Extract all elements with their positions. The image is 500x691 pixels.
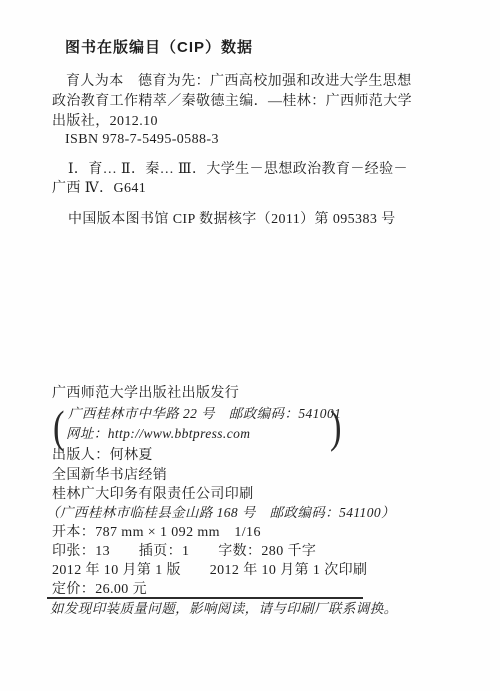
distributor-line: 全国新华书店经销	[52, 467, 167, 485]
publisher-person: 出版人：何林夏	[52, 447, 153, 465]
cip-description-line-1: 育人为本 德育为先：广西高校加强和改进大学生思想	[66, 73, 412, 91]
cip-description-line-3: 出版社，2012.10	[52, 113, 158, 131]
copyright-page: 图书在版编目（CIP）数据 育人为本 德育为先：广西高校加强和改进大学生思想 政…	[0, 0, 500, 691]
left-parenthesis-bracket: (	[53, 404, 64, 450]
price-line: 定价：26.00 元	[52, 581, 147, 599]
printing-sheets-line: 印张：13 插页：1 字数：280 千字	[52, 543, 316, 561]
cip-classification-line-2: 广西 Ⅳ．G641	[52, 180, 146, 198]
printer-address: （广西桂林市临桂县金山路 168 号 邮政编码：541100）	[46, 505, 395, 522]
right-parenthesis-bracket: )	[330, 404, 341, 450]
cip-registry-number: 中国版本图书馆 CIP 数据核字（2011）第 095383 号	[68, 211, 396, 229]
isbn-number: ISBN 978-7-5495-0588-3	[65, 131, 219, 149]
cip-description-line-2: 政治教育工作精萃／秦敬德主编．—桂林：广西师范大学	[52, 93, 412, 111]
printer-line: 桂林广大印务有限责任公司印刷	[52, 486, 254, 504]
publisher-line: 广西师范大学出版社出版发行	[52, 385, 239, 403]
book-format-line: 开本：787 mm × 1 092 mm 1/16	[52, 524, 261, 542]
quality-note: 如发现印装质量问题，影响阅读，请与印刷厂联系调换。	[50, 601, 398, 618]
cip-classification-line-1: Ⅰ．育… Ⅱ．秦… Ⅲ．大学生－思想政治教育－经验－	[68, 161, 408, 179]
cip-heading: 图书在版编目（CIP）数据	[65, 39, 253, 58]
publisher-website: 网址：http://www.bbtpress.com	[66, 426, 250, 443]
edition-line: 2012 年 10 月第 1 版 2012 年 10 月第 1 次印刷	[52, 562, 367, 580]
divider-rule	[47, 597, 363, 599]
publisher-address: 广西桂林市中华路 22 号 邮政编码：541001	[68, 406, 341, 423]
